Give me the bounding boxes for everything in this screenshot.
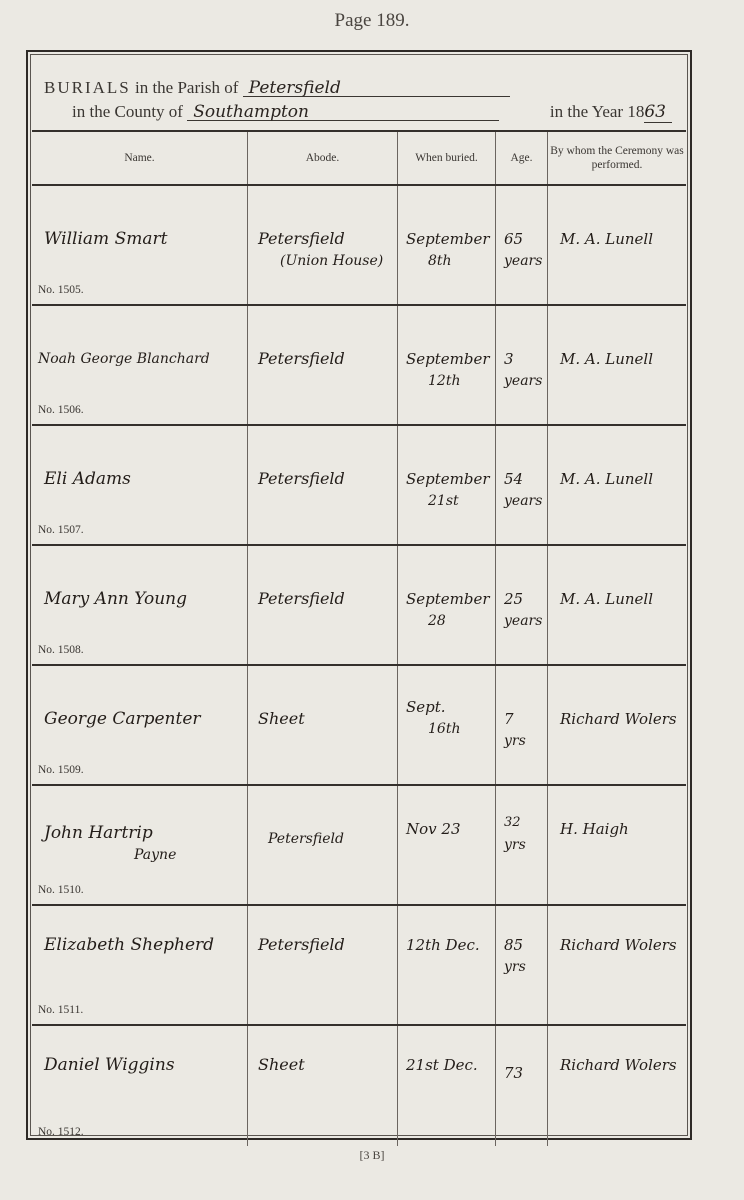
signature-mark: [3 B] (0, 1148, 744, 1163)
name-value: George Carpenter (44, 708, 243, 730)
when-cell: September12th (398, 306, 496, 424)
when-value: Nov 23 (406, 820, 461, 838)
abode-value: Petersfield (258, 229, 345, 248)
table-row: William Smart No. 1505. Petersfield(Unio… (32, 186, 686, 306)
county-value: Southampton (187, 104, 499, 121)
age-unit: yrs (504, 956, 543, 978)
name-cell: Elizabeth Shepherd No. 1511. (32, 906, 248, 1024)
entry-number: No. 1506. (38, 404, 84, 416)
name-value: Elizabeth Shepherd (44, 934, 243, 956)
abode-cell: Sheet (248, 1026, 398, 1146)
name-value: William Smart (44, 228, 243, 250)
name-cell: Eli Adams No. 1507. (32, 426, 248, 544)
age-cell: 25years (496, 546, 548, 664)
abode-cell: Petersfield (248, 906, 398, 1024)
when-value: September (406, 590, 490, 608)
abode-value: Sheet (258, 1055, 305, 1074)
age-unit: years (504, 370, 543, 392)
header-by-whom: By whom the Ceremony was performed. (548, 132, 686, 184)
header-age: Age. (496, 132, 548, 184)
page-number: Page 189. (0, 10, 744, 32)
when-cell: Sept.16th (398, 666, 496, 784)
when-day: 21st (406, 490, 491, 512)
name-cell: John HartripPayne No. 1510. (32, 786, 248, 904)
officiant-cell: M. A. Lunell (548, 186, 686, 304)
age-value: 3 (504, 350, 514, 368)
officiant-cell: Richard Wolers (548, 666, 686, 784)
county-line: in the County of Southampton (72, 102, 499, 122)
abode-cell: Petersfield (248, 306, 398, 424)
burials-label: BURIALS (44, 78, 131, 97)
age-cell: 73 (496, 1026, 548, 1146)
entry-number: No. 1509. (38, 764, 84, 776)
abode-cell: Sheet (248, 666, 398, 784)
abode-cell: Petersfield (248, 786, 398, 904)
abode-cell: Petersfield (248, 546, 398, 664)
age-value: 54 (504, 470, 523, 488)
year-value: 63 (644, 102, 672, 123)
in-parish-label: in the Parish of (135, 78, 238, 97)
age-unit: yrs (504, 834, 543, 856)
when-cell: September8th (398, 186, 496, 304)
when-cell: September28 (398, 546, 496, 664)
name-cell: Mary Ann Young No. 1508. (32, 546, 248, 664)
table-row: John HartripPayne No. 1510. Petersfield … (32, 786, 686, 906)
when-value: September (406, 470, 490, 488)
abode-note: (Union House) (258, 250, 393, 272)
abode-value: Petersfield (268, 831, 344, 847)
table-row: Daniel Wiggins No. 1512. Sheet 21st Dec.… (32, 1026, 686, 1146)
entry-number: No. 1505. (38, 284, 84, 296)
age-cell: 32yrs (496, 786, 548, 904)
when-day: 8th (406, 250, 491, 272)
age-cell: 3years (496, 306, 548, 424)
table-header: Name. Abode. When buried. Age. By whom t… (32, 132, 686, 184)
when-cell: 21st Dec. (398, 1026, 496, 1146)
officiant-value: Richard Wolers (560, 1054, 682, 1076)
year-label: in the Year 18 (550, 102, 644, 121)
officiant-value: Richard Wolers (560, 934, 682, 956)
age-value: 73 (504, 1064, 523, 1082)
abode-value: Sheet (258, 709, 305, 728)
age-value: 32 (504, 815, 521, 830)
parish-value: Petersfield (243, 80, 510, 97)
header-name: Name. (32, 132, 248, 184)
table-row: Elizabeth Shepherd No. 1511. Petersfield… (32, 906, 686, 1026)
age-value: 65 (504, 230, 523, 248)
officiant-value: M. A. Lunell (560, 588, 682, 610)
burial-entries: William Smart No. 1505. Petersfield(Unio… (32, 186, 686, 1146)
officiant-value: M. A. Lunell (560, 228, 682, 250)
when-day: 28 (406, 610, 491, 632)
abode-cell: Petersfield(Union House) (248, 186, 398, 304)
when-value: September (406, 230, 490, 248)
abode-value: Petersfield (258, 469, 345, 488)
officiant-cell: M. A. Lunell (548, 306, 686, 424)
name-cell: Noah George Blanchard No. 1506. (32, 306, 248, 424)
age-cell: 65years (496, 186, 548, 304)
age-unit: years (504, 250, 543, 272)
name-value: Mary Ann Young (44, 588, 243, 610)
age-cell: 54years (496, 426, 548, 544)
age-unit: years (504, 490, 543, 512)
when-value: Sept. (406, 698, 446, 716)
abode-cell: Petersfield (248, 426, 398, 544)
when-cell: Nov 23 (398, 786, 496, 904)
in-county-label: in the County of (72, 102, 183, 121)
when-value: 12th Dec. (406, 936, 480, 954)
age-value: 25 (504, 590, 523, 608)
entry-number: No. 1512. (38, 1126, 84, 1138)
year-line: in the Year 1863 (550, 102, 672, 122)
when-cell: September21st (398, 426, 496, 544)
when-cell: 12th Dec. (398, 906, 496, 1024)
name-value: Daniel Wiggins (44, 1054, 243, 1076)
age-value: 85 (504, 936, 523, 954)
abode-value: Petersfield (258, 589, 345, 608)
officiant-cell: M. A. Lunell (548, 426, 686, 544)
name-value: John Hartrip (44, 823, 153, 843)
abode-value: Petersfield (258, 349, 345, 368)
header-abode: Abode. (248, 132, 398, 184)
when-value: September (406, 350, 490, 368)
parish-line: BURIALS in the Parish of Petersfield (44, 78, 510, 98)
age-cell: 85yrs (496, 906, 548, 1024)
officiant-value: H. Haigh (560, 818, 682, 840)
table-row: Noah George Blanchard No. 1506. Petersfi… (32, 306, 686, 426)
entry-number: No. 1508. (38, 644, 84, 656)
name-cell: George Carpenter No. 1509. (32, 666, 248, 784)
name-value: Noah George Blanchard (38, 348, 243, 370)
officiant-value: Richard Wolers (560, 708, 682, 730)
name-value: Eli Adams (44, 468, 243, 490)
age-unit: yrs (504, 730, 543, 752)
header-when-buried: When buried. (398, 132, 496, 184)
table-row: Mary Ann Young No. 1508. Petersfield Sep… (32, 546, 686, 666)
officiant-cell: Richard Wolers (548, 1026, 686, 1146)
when-value: 21st Dec. (406, 1056, 478, 1074)
officiant-value: M. A. Lunell (560, 348, 682, 370)
name-cell: Daniel Wiggins No. 1512. (32, 1026, 248, 1146)
age-unit: years (504, 610, 543, 632)
officiant-cell: H. Haigh (548, 786, 686, 904)
register-frame: BURIALS in the Parish of Petersfield in … (26, 50, 692, 1140)
when-day: 16th (406, 718, 491, 740)
table-row: Eli Adams No. 1507. Petersfield Septembe… (32, 426, 686, 546)
officiant-value: M. A. Lunell (560, 468, 682, 490)
abode-value: Petersfield (258, 935, 345, 954)
officiant-cell: Richard Wolers (548, 906, 686, 1024)
officiant-cell: M. A. Lunell (548, 546, 686, 664)
when-day: 12th (406, 370, 491, 392)
register-title: BURIALS in the Parish of Petersfield in … (34, 58, 684, 130)
name-continued: Payne (44, 844, 243, 866)
entry-number: No. 1507. (38, 524, 84, 536)
age-cell: 7yrs (496, 666, 548, 784)
entry-number: No. 1510. (38, 884, 84, 896)
table-row: George Carpenter No. 1509. Sheet Sept.16… (32, 666, 686, 786)
name-cell: William Smart No. 1505. (32, 186, 248, 304)
entry-number: No. 1511. (38, 1004, 83, 1016)
age-value: 7 (504, 710, 514, 728)
